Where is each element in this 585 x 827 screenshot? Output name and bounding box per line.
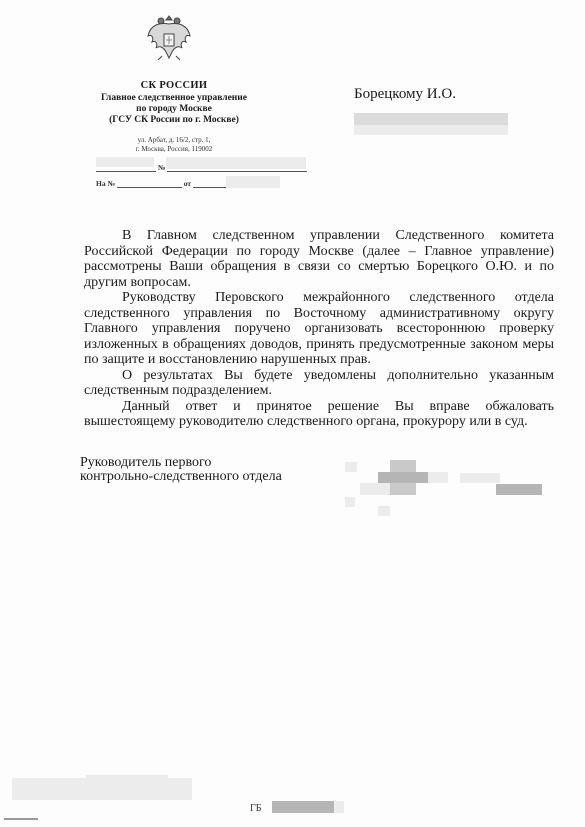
reply-number-rule (117, 179, 182, 188)
reply-to-label: На № (96, 179, 115, 188)
scan-edge (4, 818, 38, 820)
org-line: по городу Москве (84, 104, 264, 115)
letter-body: В Главном следственном управлении Следст… (84, 228, 554, 430)
recipient-name: Борецкому И.О. (354, 86, 456, 103)
org-line: Главное следственное управление (84, 93, 264, 104)
coat-of-arms-icon (144, 12, 194, 64)
body-paragraph: Данный ответ и принятое решение Вы вправ… (84, 399, 554, 430)
document-code: ГБ (250, 803, 262, 814)
body-paragraph: В Главном следственном управлении Следст… (84, 228, 554, 290)
address-line: г. Москва, Россия, 119002 (84, 145, 264, 154)
signatory-position: Руководитель первого (80, 456, 282, 470)
letter-page: СК РОССИИ Главное следственное управлени… (0, 0, 585, 827)
redacted-recipient-address (354, 113, 508, 125)
redacted-executor (86, 775, 168, 785)
org-title: СК РОССИИ (84, 80, 264, 91)
reply-from-label: от (184, 179, 191, 188)
reg-number-label: № (158, 163, 166, 172)
date-rule (96, 163, 156, 172)
body-paragraph: О результатах Вы будете уведомлены допол… (84, 368, 554, 399)
redacted-reg-number (166, 157, 306, 169)
signatory-position: контрольно-следственного отдела (80, 470, 282, 484)
redacted-recipient-address (354, 125, 508, 135)
signature-block: Руководитель первого контрольно-следстве… (80, 456, 282, 484)
document-code-prefix: ГБ (250, 803, 262, 814)
org-address: ул. Арбат, д. 16/2, стр. 1, г. Москва, Р… (84, 136, 264, 154)
redacted-document-code (272, 801, 334, 813)
redacted-reply-date (226, 176, 280, 188)
body-paragraph: Руководству Перовского межрайонного след… (84, 290, 554, 368)
address-line: ул. Арбат, д. 16/2, стр. 1, (84, 136, 264, 145)
redacted-document-code (334, 801, 344, 813)
issuer-block: СК РОССИИ Главное следственное управлени… (84, 80, 264, 154)
org-line: (ГСУ СК России по г. Москве) (84, 115, 264, 126)
